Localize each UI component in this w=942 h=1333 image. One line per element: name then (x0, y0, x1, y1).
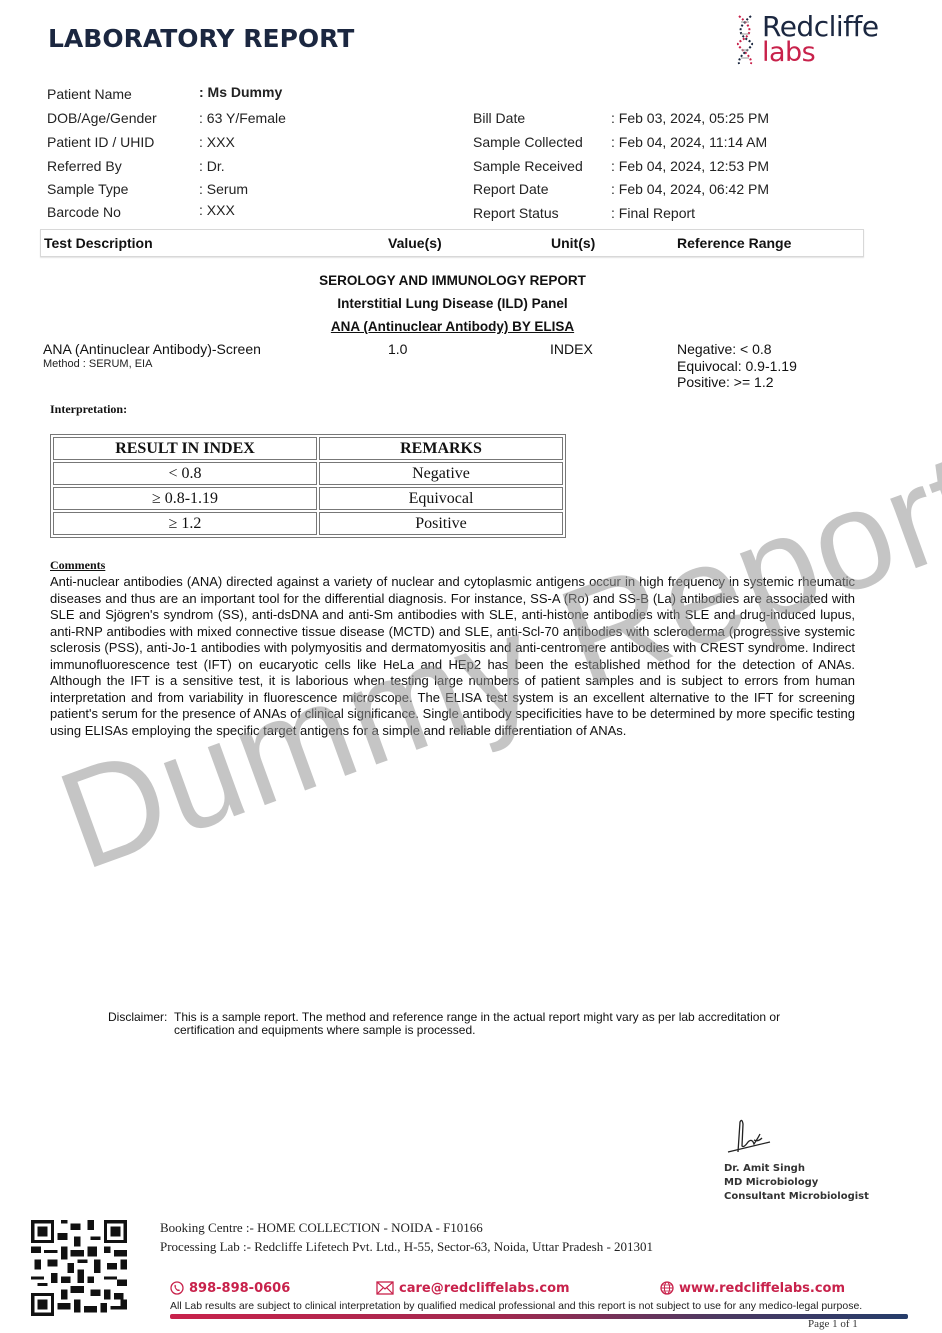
table-row: ≥ 0.8-1.19 Equivocal (53, 487, 563, 510)
field-label: DOB/Age/Gender (47, 110, 157, 126)
col-values: Value(s) (388, 235, 442, 251)
col-units: Unit(s) (551, 235, 595, 251)
redcliffe-logo: Redcliffe labs (735, 10, 905, 68)
col-reference-range: Reference Range (677, 235, 791, 251)
field-label: Sample Collected (473, 134, 583, 150)
field-label: Patient Name (47, 86, 132, 102)
phone-contact[interactable]: 898-898-0606 (170, 1281, 290, 1296)
test-method: Method : SERUM, EIA (43, 358, 152, 370)
field-label: Bill Date (473, 110, 525, 126)
page-number: Page 1 of 1 (808, 1318, 858, 1330)
field-value: : Serum (199, 181, 248, 197)
interpretation-header-row: RESULT IN INDEX REMARKS (53, 437, 563, 460)
test-value: 1.0 (388, 341, 407, 357)
phone-number: 898-898-0606 (189, 1281, 290, 1296)
comments-heading: Comments (50, 558, 105, 573)
table-row: < 0.8 Negative (53, 462, 563, 485)
index-cell: ≥ 0.8-1.19 (53, 487, 317, 510)
field-label: Report Status (473, 205, 559, 221)
disclaimer-text: This is a sample report. The method and … (174, 1011, 834, 1037)
col-test-description: Test Description (44, 235, 153, 251)
doctor-designation: Consultant Microbiologist (724, 1190, 869, 1204)
report-status: : Final Report (611, 205, 695, 221)
email-contact[interactable]: care@redcliffelabs.com (376, 1281, 570, 1296)
globe-icon (660, 1281, 674, 1295)
comments-text: Anti-nuclear antibodies (ANA) directed a… (50, 574, 855, 739)
field-label: Sample Type (47, 181, 128, 197)
remark-cell: Positive (319, 512, 563, 535)
mail-icon (376, 1281, 394, 1295)
signatory: Dr. Amit Singh MD Microbiology Consultan… (724, 1162, 869, 1204)
brand-suffix: labs (762, 37, 815, 68)
email-address[interactable]: care@redcliffelabs.com (399, 1281, 570, 1296)
field-value: : Feb 04, 2024, 06:42 PM (611, 181, 769, 197)
ref-negative: Negative: < 0.8 (677, 341, 797, 358)
doctor-name: Dr. Amit Singh (724, 1162, 869, 1176)
panel-title: Interstitial Lung Disease (ILD) Panel (0, 296, 905, 311)
doctor-qualification: MD Microbiology (724, 1176, 869, 1190)
patient-name: : Ms Dummy (199, 84, 282, 100)
website-url[interactable]: www.redcliffelabs.com (679, 1281, 845, 1296)
remark-cell: Equivocal (319, 487, 563, 510)
legal-notice: All Lab results are subject to clinical … (170, 1300, 862, 1312)
index-cell: ≥ 1.2 (53, 512, 317, 535)
test-group-title: ANA (Antinuclear Antibody) BY ELISA (0, 319, 905, 334)
remark-cell: Negative (319, 462, 563, 485)
qr-code-icon[interactable] (31, 1220, 127, 1316)
field-value: : 63 Y/Female (199, 110, 286, 126)
header-remarks: REMARKS (319, 437, 563, 460)
field-label: Referred By (47, 158, 122, 174)
interpretation-table: RESULT IN INDEX REMARKS < 0.8 Negative ≥… (50, 434, 566, 538)
footer-gradient-bar (170, 1314, 908, 1319)
field-label: Report Date (473, 181, 548, 197)
dna-icon (735, 14, 757, 66)
index-cell: < 0.8 (53, 462, 317, 485)
field-value: : XXX (199, 134, 235, 150)
test-group-label: ANA (Antinuclear Antibody) BY ELISA (331, 319, 574, 334)
field-value: : Feb 03, 2024, 05:25 PM (611, 110, 769, 126)
disclaimer-label: Disclaimer: (108, 1011, 167, 1024)
table-row: ≥ 1.2 Positive (53, 512, 563, 535)
interpretation-label: Interpretation: (50, 402, 127, 417)
booking-centre: Booking Centre :- HOME COLLECTION - NOID… (160, 1218, 653, 1237)
signature-icon (724, 1116, 784, 1158)
test-name: ANA (Antinuclear Antibody)-Screen (43, 341, 261, 357)
field-value: : XXX (199, 202, 235, 218)
phone-icon (170, 1281, 184, 1295)
field-value: : Feb 04, 2024, 12:53 PM (611, 158, 769, 174)
test-unit: INDEX (550, 341, 593, 357)
lab-addresses: Booking Centre :- HOME COLLECTION - NOID… (160, 1218, 653, 1256)
field-label: Barcode No (47, 204, 121, 220)
report-title: LABORATORY REPORT (48, 24, 354, 53)
header-result-in-index: RESULT IN INDEX (53, 437, 317, 460)
results-table-header: Test Description Value(s) Unit(s) Refere… (40, 229, 864, 257)
department-title: SEROLOGY AND IMMUNOLOGY REPORT (0, 273, 905, 288)
field-label: Sample Received (473, 158, 583, 174)
ref-equivocal: Equivocal: 0.9-1.19 (677, 358, 797, 375)
reference-range: Negative: < 0.8 Equivocal: 0.9-1.19 Posi… (677, 341, 797, 391)
ref-positive: Positive: >= 1.2 (677, 374, 797, 391)
field-label: Patient ID / UHID (47, 134, 154, 150)
field-value: : Feb 04, 2024, 11:14 AM (611, 134, 767, 150)
field-value: : Dr. (199, 158, 225, 174)
website-contact[interactable]: www.redcliffelabs.com (660, 1281, 845, 1296)
processing-lab: Processing Lab :- Redcliffe Lifetech Pvt… (160, 1237, 653, 1256)
